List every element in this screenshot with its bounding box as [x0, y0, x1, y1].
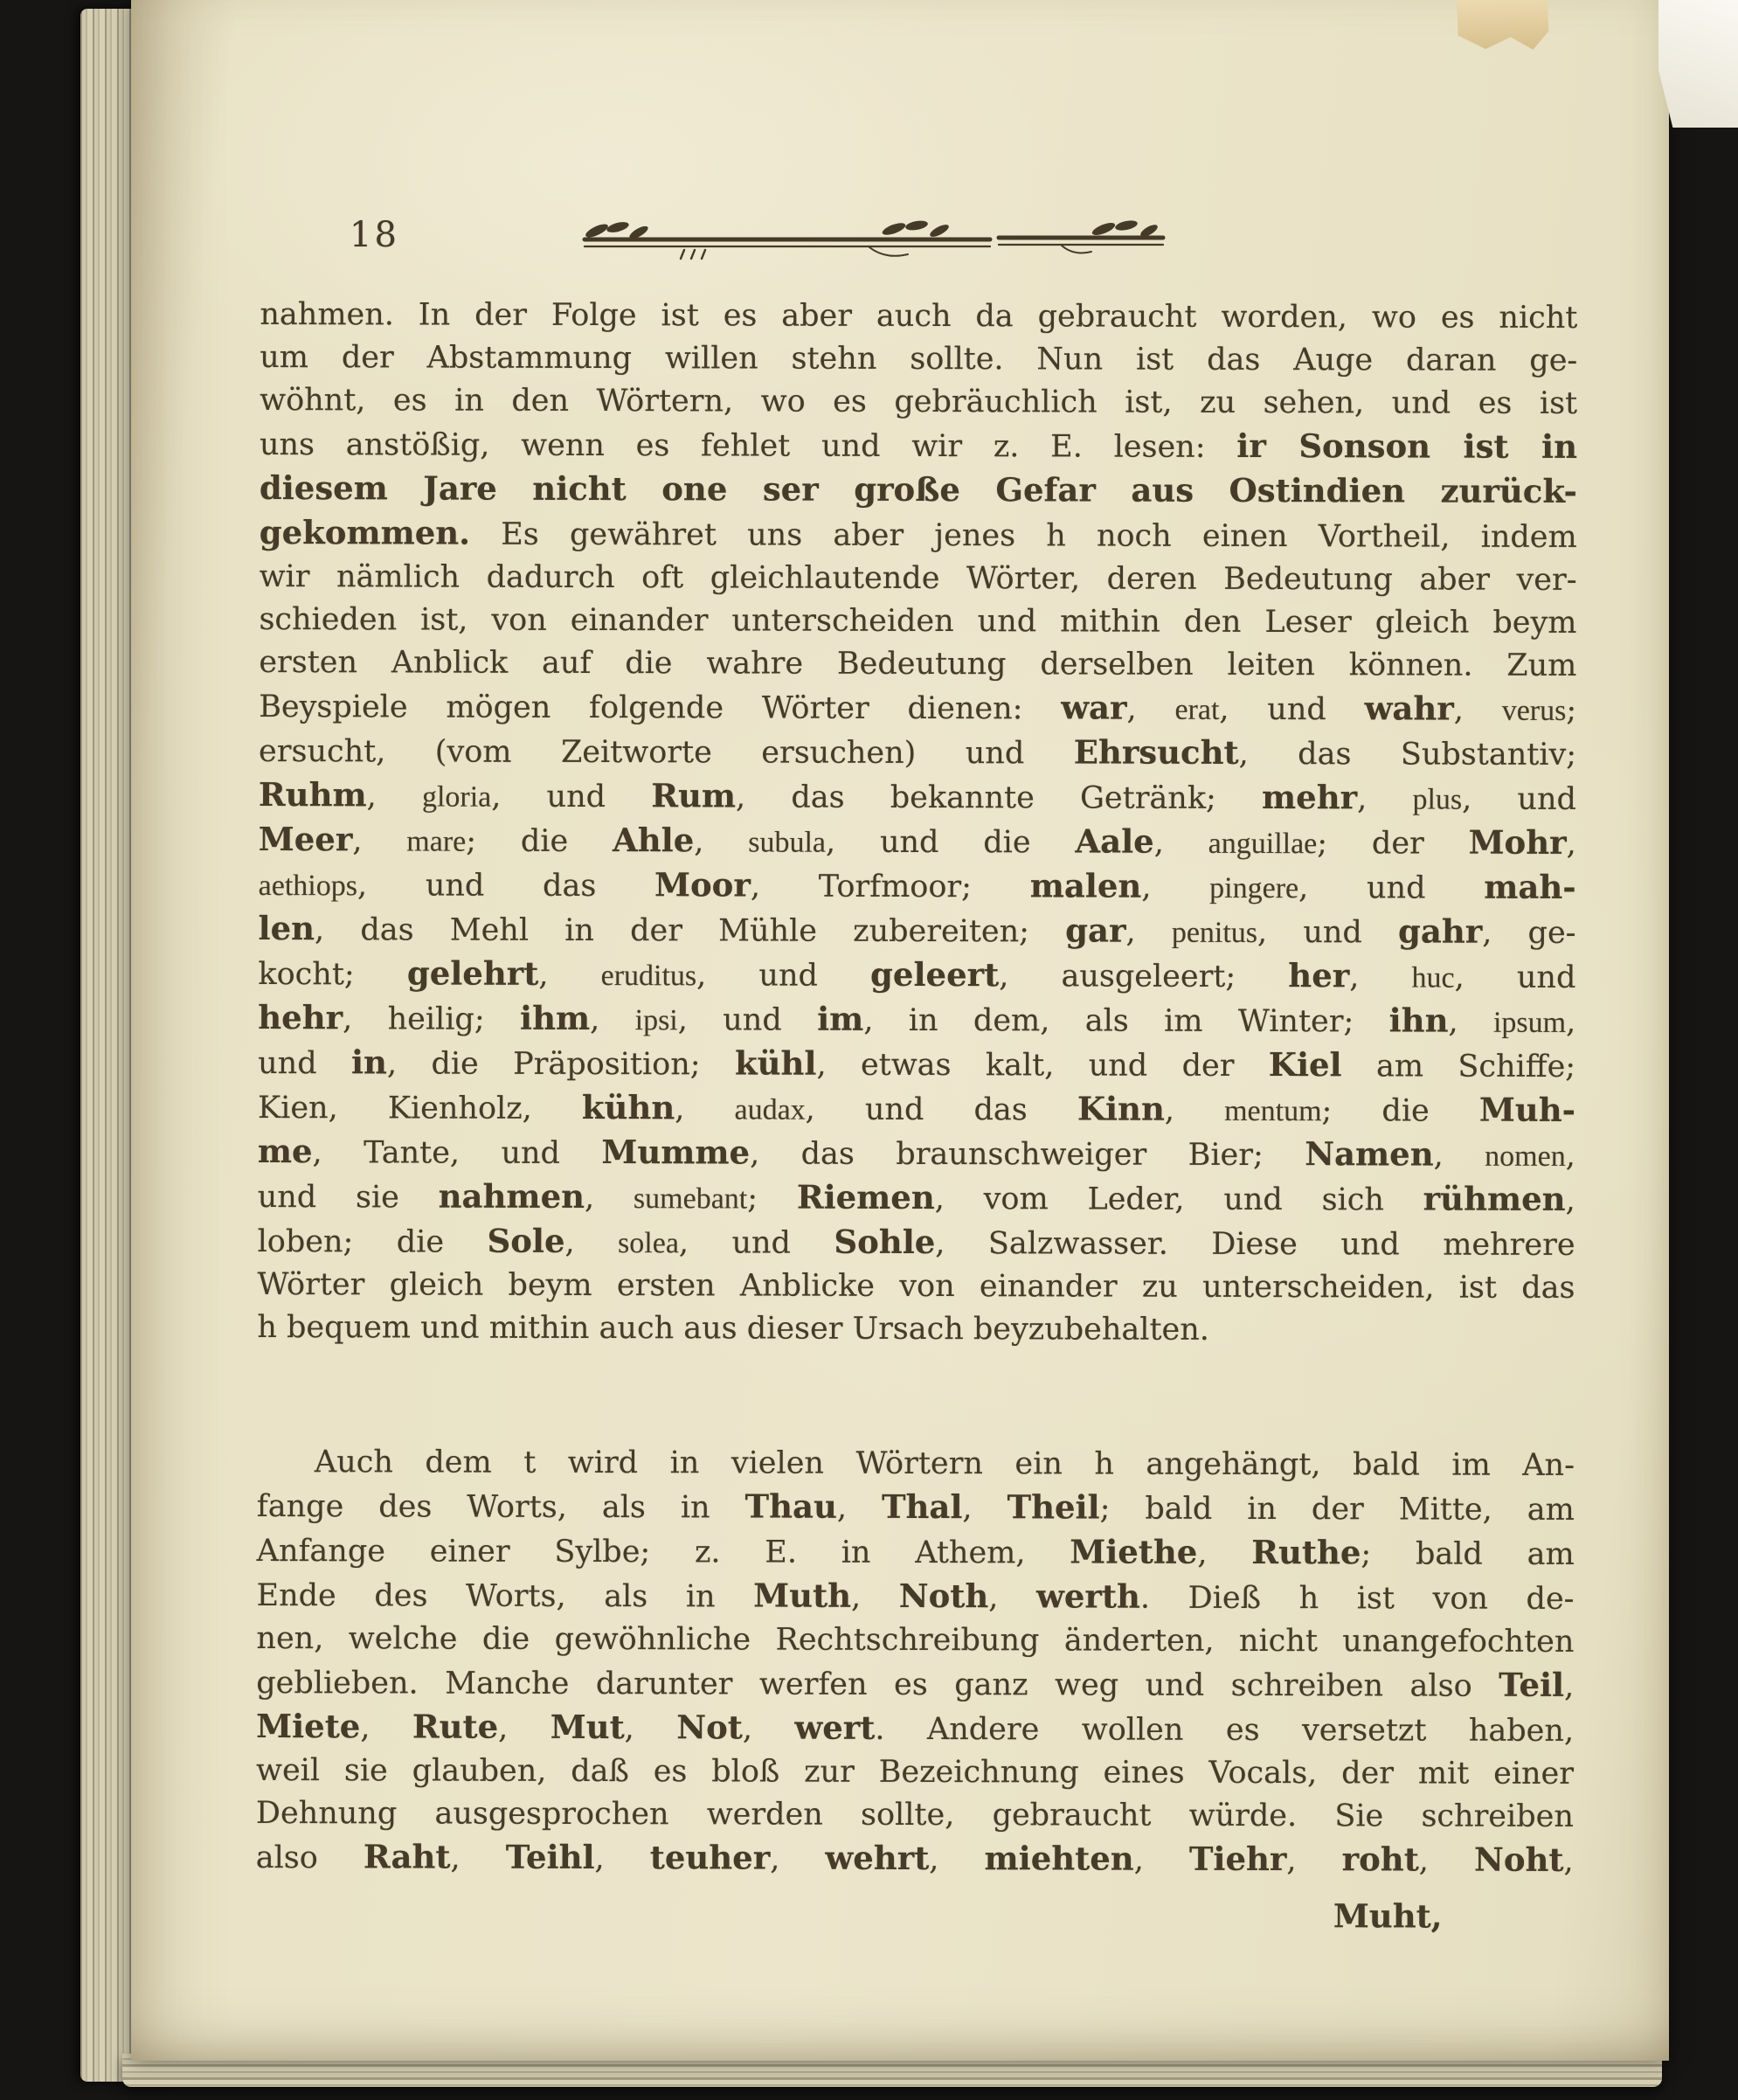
- latin-word: mare: [406, 825, 466, 857]
- text-line: gekommen. Es gewähret uns aber jenes h n…: [260, 511, 1577, 559]
- text-run: ,: [590, 1002, 635, 1037]
- text-run: Wörter gleich beym ersten Anblicke von e…: [257, 1267, 1575, 1306]
- text-run: ,: [498, 1711, 550, 1746]
- emphasized-word: Mut: [550, 1708, 625, 1746]
- latin-word: subula: [748, 826, 826, 858]
- text-run: ,: [770, 1842, 825, 1877]
- latin-word: anguillae: [1208, 828, 1318, 860]
- text-run: ;: [747, 1181, 797, 1216]
- text-run: ,: [1127, 692, 1175, 727]
- emphasized-word: gelehrt: [407, 953, 539, 992]
- text-line: Anfange einer Sylbe; z. E. in Athem, Mie…: [257, 1528, 1575, 1577]
- emphasized-word: Not: [676, 1708, 743, 1746]
- text-line: h bequem und mithin auch aus dieser Ursa…: [257, 1306, 1575, 1353]
- latin-word: sumebant: [634, 1182, 747, 1215]
- emphasized-word: Muth: [753, 1577, 851, 1615]
- text-run: ,: [743, 1711, 795, 1746]
- text-run: ,: [694, 824, 748, 859]
- text-run: kocht;: [258, 957, 407, 992]
- text-run: , und: [679, 1225, 834, 1260]
- emphasized-word: Thau: [745, 1487, 837, 1525]
- text-run: ; bald am: [1361, 1536, 1574, 1572]
- text-run: , und: [1219, 692, 1364, 727]
- text-run: , und: [1257, 915, 1398, 950]
- text-run: , etwas kalt, und der: [816, 1048, 1268, 1084]
- emphasized-word: Raht: [364, 1837, 451, 1875]
- emphasized-word: ihn: [1389, 1001, 1449, 1039]
- text-line: Kien, Kienholz, kühn, audax, und das Kin…: [258, 1085, 1575, 1133]
- text-run: ,: [1563, 1844, 1573, 1879]
- text-line: aethiops, und das Moor, Torfmoor; malen,…: [259, 863, 1576, 911]
- emphasized-word: Sohle: [834, 1223, 935, 1261]
- text-line: kocht; gelehrt, eruditus, und geleert, a…: [258, 952, 1575, 1000]
- text-run: wöhnt, es in den Wörtern, wo es gebräuch…: [260, 383, 1577, 421]
- latin-word: erat: [1174, 694, 1219, 726]
- scanned-book-spread: 18 na: [0, 0, 1738, 2100]
- text-line: wir nämlich dadurch oft gleichlautende W…: [260, 556, 1577, 602]
- text-run: , Salzwasser. Diese und mehrere: [935, 1226, 1575, 1263]
- emphasized-word: Rute: [412, 1707, 498, 1745]
- text-run: ; der: [1317, 826, 1468, 861]
- text-run: , und: [1462, 782, 1576, 817]
- text-run: ,: [1141, 870, 1209, 905]
- text-run: ,: [1286, 1843, 1341, 1878]
- text-run: ,: [595, 1841, 650, 1876]
- text-line: nahmen. In der Folge ist es aber auch da…: [260, 294, 1577, 340]
- paragraphs: nahmen. In der Folge ist es aber auch da…: [256, 294, 1578, 1883]
- text-run: , und: [1455, 960, 1576, 995]
- latin-word: mentum: [1224, 1095, 1322, 1127]
- text-line: Ende des Worts, als in Muth, Noth, werth…: [256, 1573, 1574, 1621]
- latin-word: plus: [1412, 783, 1462, 815]
- paragraph-1: nahmen. In der Folge ist es aber auch da…: [257, 294, 1577, 1353]
- emphasized-word: miehten: [984, 1839, 1133, 1877]
- emphasized-word: ihm: [520, 999, 590, 1037]
- text-run: ,: [564, 1225, 618, 1260]
- latin-word: eruditus: [601, 960, 697, 992]
- text-run: schieden ist, von einander unterscheiden…: [259, 602, 1576, 641]
- emphasized-word: kühl: [735, 1043, 817, 1082]
- emphasized-word: im: [817, 1000, 863, 1038]
- text-run: ; die: [466, 824, 613, 859]
- text-run: ,: [1197, 1536, 1251, 1571]
- emphasized-word: Mohr: [1469, 823, 1567, 862]
- text-run: , und das: [806, 1092, 1077, 1128]
- emphasized-word: hehr: [258, 998, 343, 1036]
- emphasized-word: Miethe: [1070, 1532, 1197, 1570]
- text-line: uns anstößig, wenn es fehlet und wir z. …: [260, 422, 1577, 470]
- emphasized-word: Sole: [487, 1222, 564, 1260]
- text-run: , und: [696, 958, 870, 994]
- text-run: ,: [1357, 781, 1412, 816]
- text-run: ,: [675, 1092, 734, 1126]
- book-page: 18 na: [131, 0, 1669, 2061]
- emphasized-word: Aale: [1075, 821, 1153, 860]
- emphasized-word: Ehrsucht: [1074, 732, 1239, 771]
- body-text: nahmen. In der Folge ist es aber auch da…: [256, 294, 1578, 1938]
- latin-word: aethiops: [259, 870, 357, 902]
- text-run: ,: [962, 1491, 1007, 1526]
- text-run: ; bald in der Mitte, am: [1100, 1492, 1575, 1528]
- text-run: ,: [929, 1842, 984, 1877]
- text-run: , das Substantiv;: [1239, 737, 1577, 773]
- text-run: nen, welche die gewöhnliche Rechtschreib…: [256, 1621, 1574, 1660]
- latin-word: nomen: [1485, 1140, 1566, 1173]
- text-run: ,: [1434, 1139, 1485, 1174]
- emphasized-word: Ruhm: [259, 775, 367, 814]
- text-line: geblieben. Manche darunter werfen es gan…: [256, 1660, 1574, 1708]
- floral-rule-ornament-icon: [572, 211, 1175, 266]
- page-number: 18: [350, 215, 399, 255]
- emphasized-word: Muh-: [1479, 1091, 1575, 1129]
- emphasized-word: kühn: [582, 1088, 675, 1126]
- emphasized-word: nahmen: [439, 1177, 585, 1216]
- latin-word: ipsum: [1493, 1007, 1566, 1039]
- text-line: schieden ist, von einander unterscheiden…: [259, 599, 1576, 645]
- text-run: ,: [352, 823, 406, 858]
- text-line: weil sie glauben, daß es bloß zur Bezeic…: [256, 1750, 1574, 1796]
- text-run: Beyspiele mögen folgende Wörter dienen:: [259, 690, 1061, 726]
- paragraph-2: Auch dem t wird in vielen Wörtern ein h …: [256, 1441, 1575, 1883]
- latin-word: solea: [618, 1227, 679, 1259]
- text-run: ,: [1566, 1183, 1575, 1218]
- text-line: len, das Mehl in der Mühle zubereiten; g…: [258, 907, 1575, 955]
- latin-word: huc: [1412, 961, 1455, 994]
- text-line: me, Tante, und Mumme, das braunschweiger…: [258, 1130, 1575, 1178]
- emphasized-word: Mumme: [601, 1133, 750, 1171]
- text-run: ,: [851, 1580, 899, 1615]
- text-run: , und: [678, 1002, 817, 1037]
- emphasized-word: wert: [794, 1708, 875, 1747]
- text-run: ,: [538, 958, 600, 993]
- text-run: ,: [585, 1181, 634, 1216]
- text-run: ,: [1125, 915, 1171, 950]
- text-line: ersten Anblick auf die wahre Bedeutung d…: [259, 641, 1576, 688]
- text-run: , das braunschweiger Bier;: [750, 1137, 1305, 1174]
- emphasized-word: me: [258, 1132, 313, 1170]
- emphasized-word: Teihl: [506, 1838, 595, 1876]
- text-run: Dehnung ausgesprochen werden sollte, geb…: [256, 1796, 1574, 1834]
- text-run: , Torfmoor;: [751, 870, 1030, 905]
- text-run: ,: [625, 1711, 677, 1746]
- emphasized-word: her: [1288, 956, 1349, 995]
- text-run: und: [258, 1046, 351, 1081]
- text-run: ersten Anblick auf die wahre Bedeutung d…: [259, 645, 1576, 683]
- emphasized-word: gar: [1065, 911, 1125, 949]
- text-line: also Raht, Teihl, teuher, wehrt, miehten…: [256, 1835, 1574, 1883]
- text-run: ,: [1134, 1843, 1189, 1878]
- latin-word: gloria: [422, 781, 491, 814]
- emphasized-word: diesem Jare nicht one ser große Gefar au…: [260, 468, 1577, 510]
- text-run: h bequem und mithin auch aus dieser Ursa…: [257, 1310, 1209, 1348]
- text-run: ,: [1567, 827, 1576, 862]
- text-run: wir nämlich dadurch oft gleichlautende W…: [260, 559, 1577, 598]
- text-run: , Tante, und: [313, 1135, 602, 1171]
- text-run: , ge-: [1482, 916, 1575, 951]
- latin-word: pingere: [1209, 872, 1298, 904]
- text-line: Meer, mare; die Ahle, subula, und die Aa…: [259, 818, 1576, 866]
- text-run: ,: [367, 779, 422, 814]
- text-run: , und das: [357, 868, 654, 904]
- latin-word: verus: [1502, 695, 1567, 727]
- text-line: Auch dem t wird in vielen Wörtern ein h …: [257, 1441, 1575, 1487]
- text-line: diesem Jare nicht one ser große Gefar au…: [260, 467, 1577, 515]
- text-line: Dehnung ausgesprochen werden sollte, geb…: [256, 1792, 1574, 1839]
- text-line: und in, die Präposition; kühl, etwas kal…: [258, 1041, 1575, 1089]
- emphasized-word: Theil: [1007, 1487, 1100, 1526]
- emphasized-word: Noth: [899, 1577, 989, 1615]
- text-run: ,: [1349, 960, 1411, 995]
- emphasized-word: wehrt: [825, 1839, 929, 1877]
- text-run: , die Präposition;: [387, 1046, 735, 1082]
- emphasized-word: Kinn: [1077, 1089, 1165, 1127]
- text-run: , heilig;: [343, 1001, 520, 1037]
- emphasized-word: Noht: [1474, 1840, 1564, 1879]
- text-run: Es gewähret uns aber jenes h noch einen …: [470, 517, 1577, 555]
- emphasized-word: werth: [1036, 1577, 1140, 1615]
- text-run: , und die: [826, 825, 1076, 861]
- text-run: und sie: [258, 1180, 439, 1216]
- text-run: ,: [1154, 826, 1208, 861]
- emphasized-word: teuher: [650, 1838, 771, 1876]
- text-line: nen, welche die gewöhnliche Rechtschreib…: [256, 1618, 1574, 1664]
- text-run: ,: [1454, 693, 1502, 728]
- text-run: , und: [1298, 870, 1484, 906]
- latin-word: penitus: [1172, 917, 1257, 949]
- text-run: Kien, Kienholz,: [258, 1091, 582, 1126]
- emphasized-word: war: [1061, 688, 1126, 726]
- emphasized-word: gekommen.: [260, 513, 470, 552]
- text-run: weil sie glauben, daß es bloß zur Bezeic…: [256, 1753, 1574, 1792]
- text-run: ,: [1448, 1005, 1493, 1040]
- text-line: Miete, Rute, Mut, Not, wert. Andere woll…: [256, 1705, 1574, 1753]
- text-run: , und: [491, 780, 651, 814]
- underlying-page-corner: [1658, 0, 1738, 128]
- text-run: nahmen. In der Folge ist es aber auch da…: [260, 297, 1577, 336]
- text-line: Ruhm, gloria, und Rum, das bekannte Getr…: [259, 773, 1576, 821]
- emphasized-word: Meer: [259, 820, 353, 858]
- text-run: ; die: [1321, 1093, 1478, 1128]
- catchword: Muht,: [256, 1892, 1574, 1938]
- text-run: ,: [837, 1491, 882, 1526]
- emphasized-word: in: [351, 1043, 387, 1081]
- text-run: ,: [1566, 1139, 1575, 1174]
- text-run: loben; die: [258, 1224, 488, 1260]
- emphasized-word: Thal: [882, 1487, 963, 1526]
- text-run: ,: [1419, 1844, 1474, 1879]
- text-run: , das bekannte Getränk;: [736, 780, 1262, 816]
- emphasized-word: roht: [1342, 1840, 1419, 1878]
- text-run: ,: [1566, 1005, 1575, 1040]
- text-run: ,: [450, 1841, 505, 1876]
- text-run: Auch dem t wird in vielen Wörtern ein h …: [315, 1445, 1575, 1483]
- text-run: Anfange einer Sylbe; z. E. in Athem,: [257, 1534, 1070, 1570]
- text-run: ;: [1566, 693, 1576, 728]
- emphasized-word: rühmen: [1423, 1180, 1566, 1218]
- text-run: also: [256, 1840, 364, 1875]
- emphasized-word: Ahle: [613, 821, 694, 859]
- text-line: ersucht, (vom Zeitworte ersuchen) und Eh…: [259, 729, 1576, 777]
- text-run: geblieben. Manche darunter werfen es gan…: [256, 1666, 1499, 1704]
- text-run: uns anstößig, wenn es fehlet und wir z. …: [260, 427, 1236, 465]
- text-line: Wörter gleich beym ersten Anblicke von e…: [257, 1264, 1575, 1310]
- latin-word: ipsi: [635, 1004, 678, 1036]
- text-run: ,: [1165, 1093, 1224, 1128]
- text-run: fange des Worts, als in: [257, 1489, 745, 1525]
- text-line: um der Abstammung willen stehn sollte. N…: [260, 336, 1577, 383]
- emphasized-word: mehr: [1262, 778, 1357, 816]
- text-run: ersucht, (vom Zeitworte ersuchen) und: [259, 734, 1074, 771]
- text-run: . Andere wollen es versetzt haben,: [875, 1712, 1574, 1749]
- text-line: Beyspiele mögen folgende Wörter dienen: …: [259, 684, 1576, 732]
- text-run: , vom Leder, und sich: [935, 1182, 1423, 1217]
- emphasized-word: Miete: [256, 1707, 360, 1745]
- text-line: hehr, heilig; ihm, ipsi, und im, in dem,…: [258, 996, 1575, 1044]
- latin-word: audax: [734, 1093, 805, 1126]
- emphasized-word: ir Sonson ist in: [1236, 426, 1577, 466]
- emphasized-word: len: [259, 909, 315, 947]
- text-line: wöhnt, es in den Wörtern, wo es gebräuch…: [260, 379, 1577, 426]
- text-run: , ausgeleert;: [999, 959, 1288, 995]
- emphasized-word: wahr: [1365, 689, 1454, 727]
- text-line: fange des Worts, als in Thau, Thal, Thei…: [257, 1484, 1575, 1532]
- emphasized-word: Ruthe: [1251, 1533, 1361, 1571]
- emphasized-word: Teil: [1499, 1666, 1564, 1704]
- text-line: loben; die Sole, solea, und Sohle, Salzw…: [258, 1219, 1575, 1267]
- emphasized-word: Namen: [1305, 1134, 1434, 1173]
- text-run: am Schiffe;: [1342, 1049, 1576, 1085]
- text-run: , in dem, als im Winter;: [863, 1003, 1388, 1040]
- text-run: . Dieß h ist von de-: [1140, 1581, 1575, 1617]
- emphasized-word: Riemen: [797, 1178, 935, 1216]
- emphasized-word: geleert: [870, 955, 999, 994]
- emphasized-word: Kiel: [1269, 1045, 1342, 1084]
- text-line: und sie nahmen, sumebant; Riemen, vom Le…: [258, 1175, 1575, 1223]
- text-run: ,: [360, 1710, 412, 1745]
- text-run: , das Mehl in der Mühle zubereiten;: [315, 912, 1065, 949]
- emphasized-word: gahr: [1398, 911, 1482, 950]
- text-run: Ende des Worts, als in: [257, 1578, 754, 1614]
- emphasized-word: Tiehr: [1189, 1840, 1287, 1878]
- emphasized-word: Rum: [651, 776, 736, 814]
- emphasized-word: Moor: [654, 865, 751, 904]
- text-run: um der Abstammung willen stehn sollte. N…: [260, 340, 1577, 378]
- emphasized-word: malen: [1030, 866, 1142, 904]
- text-run: ,: [988, 1580, 1036, 1615]
- text-run: ,: [1564, 1669, 1574, 1704]
- emphasized-word: mah-: [1484, 868, 1576, 906]
